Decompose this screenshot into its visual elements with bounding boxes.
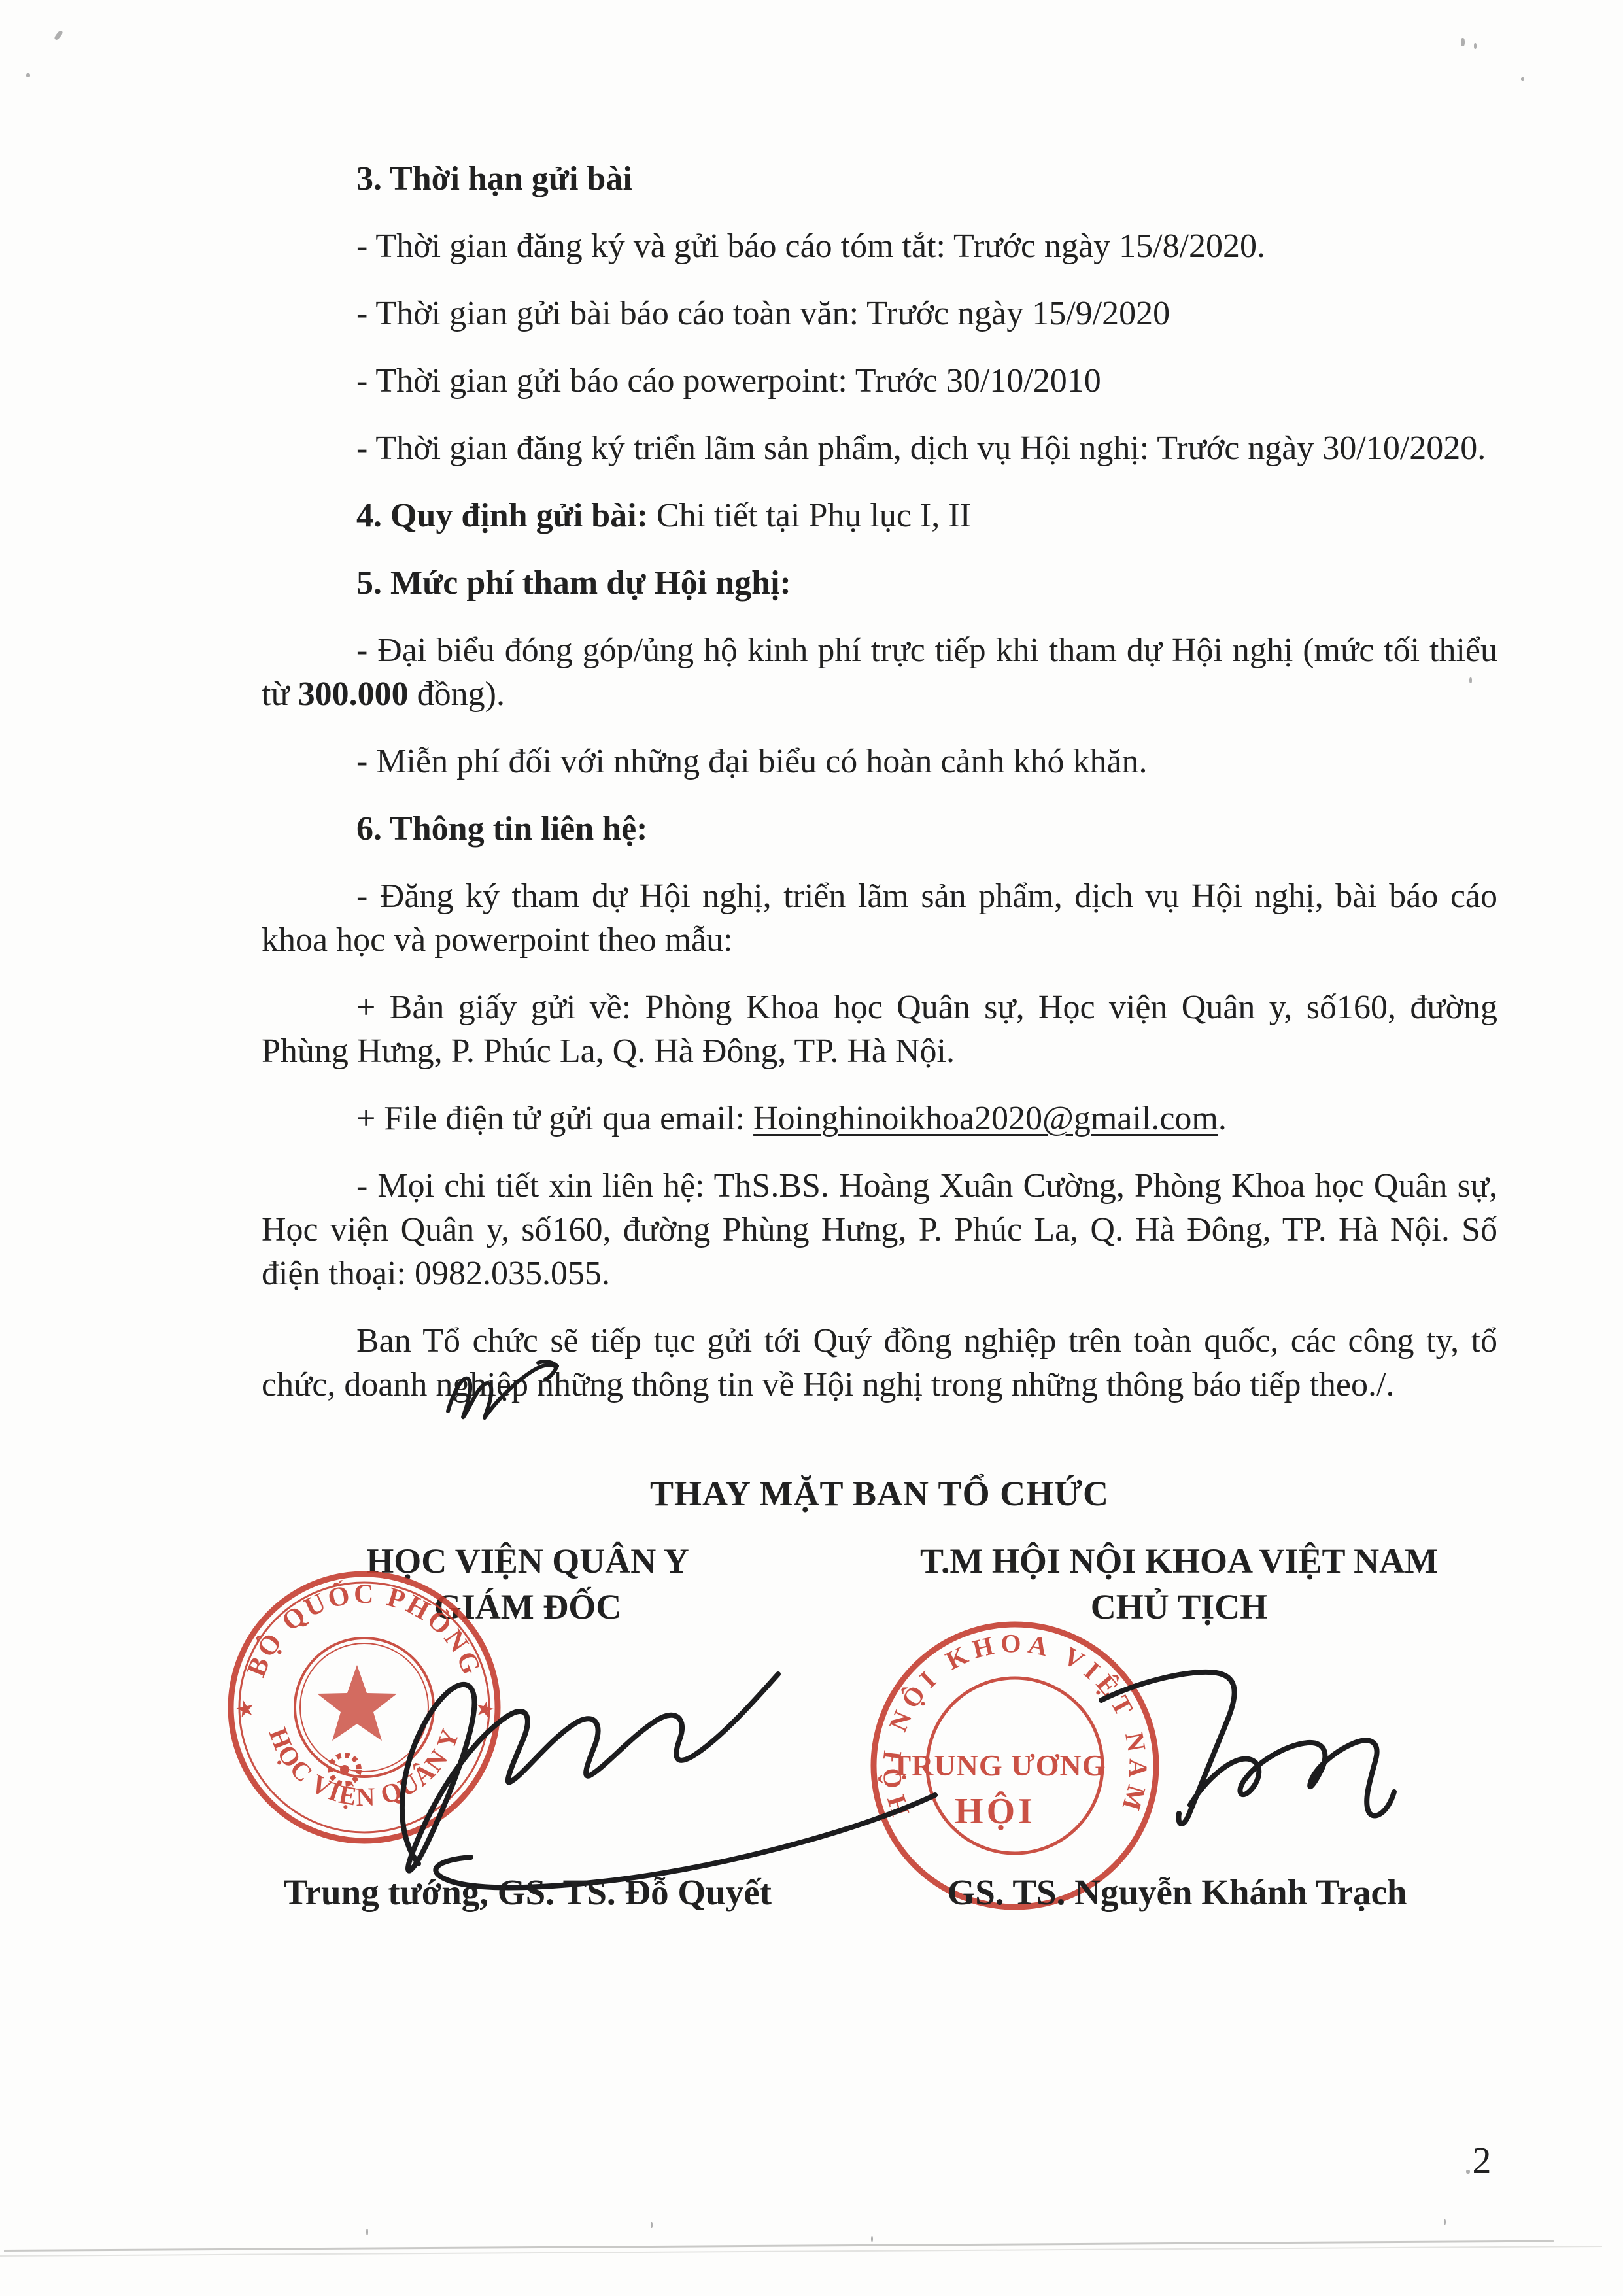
president-signature	[1101, 1672, 1394, 1824]
scan-speck	[1461, 38, 1465, 46]
section-4-text: Chi tiết tại Phụ lục I, II	[648, 497, 971, 534]
signer-right-name: GS. TS. Nguyễn Khánh Trạch	[899, 1872, 1455, 1913]
scan-artifact-line	[4, 2240, 1554, 2252]
handwritten-initial	[435, 1346, 566, 1424]
letter-body: 3. Thời hạn gửi bài - Thời gian đăng ký …	[262, 157, 1497, 1430]
email-link[interactable]: Hoinghinoikhoa2020@gmail.com	[753, 1100, 1218, 1137]
on-behalf-heading: THAY MẶT BAN TỔ CHỨC	[262, 1473, 1497, 1514]
fee-item-waiver: - Miễn phí đối với những đại biểu có hoà…	[262, 740, 1497, 783]
scan-speck	[366, 2229, 368, 2235]
scan-artifact-line	[0, 2246, 1602, 2257]
contact-item-email: + File điện tử gửi qua email: Hoinghinoi…	[262, 1097, 1497, 1140]
fee-amount: 300.000	[298, 676, 409, 713]
section-4-heading: 4. Quy định gửi bài: Chi tiết tại Phụ lụ…	[262, 494, 1497, 538]
deadline-item-fulltext: - Thời gian gửi bài báo cáo toàn văn: Tr…	[262, 292, 1497, 335]
scan-speck	[1444, 2219, 1446, 2225]
contact-item-registration: - Đăng ký tham dự Hội nghị, triển lãm sả…	[262, 874, 1497, 962]
contact-item-person: - Mọi chi tiết xin liên hệ: ThS.BS. Hoàn…	[262, 1164, 1497, 1295]
deadline-item-exhibition: - Thời gian đăng ký triển lãm sản phẩm, …	[262, 426, 1497, 470]
scan-speck	[54, 30, 63, 41]
scan-speck	[1474, 43, 1477, 49]
section-3-heading: 3. Thời hạn gửi bài	[262, 157, 1497, 201]
scan-speck	[651, 2222, 653, 2228]
section-6-heading: 6. Thông tin liên hệ:	[262, 807, 1497, 851]
section-5-heading: 5. Mức phí tham dự Hội nghị:	[262, 561, 1497, 605]
fee-item-contribution: - Đại biểu đóng góp/ủng hộ kinh phí trực…	[262, 628, 1497, 716]
contact-item-paper-address: + Bản giấy gửi về: Phòng Khoa học Quân s…	[262, 985, 1497, 1073]
director-signature	[402, 1674, 935, 1887]
scan-speck	[871, 2236, 873, 2242]
deadline-item-powerpoint: - Thời gian gửi báo cáo powerpoint: Trướ…	[262, 359, 1497, 403]
page-number: 2	[1436, 2138, 1528, 2182]
document-page: 3. Thời hạn gửi bài - Thời gian đăng ký …	[0, 0, 1623, 2296]
signer-left-name: Trung tướng, GS. TS. Đỗ Quyết	[250, 1872, 806, 1913]
deadline-item-abstract: - Thời gian đăng ký và gửi báo cáo tóm t…	[262, 224, 1497, 268]
scan-speck	[1521, 77, 1524, 81]
scan-speck	[26, 73, 30, 77]
